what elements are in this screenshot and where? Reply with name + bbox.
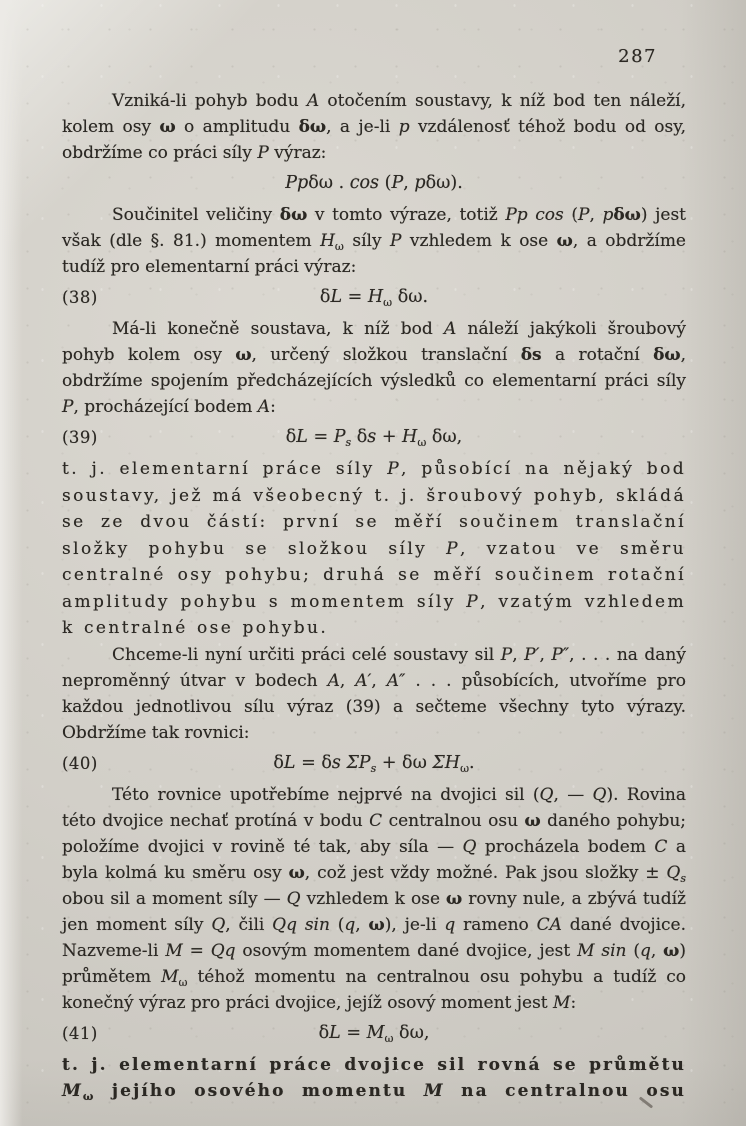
paragraph: Vzniká-li pohyb bodu A otočením soustavy… <box>62 88 686 166</box>
equation-number: (41) <box>62 1021 98 1047</box>
paragraph: Součinitel veličiny δω v tomto výraze, t… <box>62 202 686 280</box>
paragraph: Chceme-li nyní určiti práci celé soustav… <box>62 642 686 746</box>
equation-number: (39) <box>62 425 98 451</box>
equation-41: (41)δL = Mω δω, <box>62 1020 686 1046</box>
page-number: 287 <box>618 46 657 67</box>
page-body: Vzniká-li pohyb bodu A otočením soustavy… <box>62 88 686 1105</box>
equation-number: (38) <box>62 285 98 311</box>
paragraph: Této rovnice upotřebíme nejprvé na dvoji… <box>62 782 686 1016</box>
equation-39: (39)δL = Ps δs + Hω δω, <box>62 424 686 450</box>
paragraph: Má-li konečně soustava, k níž bod A nále… <box>62 316 686 420</box>
equation-40: (40)δL = δs ΣPs + δω ΣHω. <box>62 750 686 776</box>
equation-body: Ppδω . cos (P, pδω). <box>285 173 463 193</box>
equation-number: (40) <box>62 751 98 777</box>
equation: Ppδω . cos (P, pδω). <box>62 170 686 196</box>
emphasized-paragraph: t. j. elementarní práce dvojice sil rovn… <box>62 1052 686 1105</box>
equation-body: δL = Mω δω, <box>319 1023 430 1043</box>
equation-body: δL = Hω δω. <box>320 287 428 307</box>
book-page: 287 Vzniká-li pohyb bodu A otočením sous… <box>0 0 746 1126</box>
equation-38: (38)δL = Hω δω. <box>62 284 686 310</box>
equation-body: δL = δs ΣPs + δω ΣHω. <box>273 753 474 773</box>
equation-body: δL = Ps δs + Hω δω, <box>286 427 462 447</box>
emphasized-paragraph: t. j. elementarní práce síly P, působící… <box>62 456 686 642</box>
